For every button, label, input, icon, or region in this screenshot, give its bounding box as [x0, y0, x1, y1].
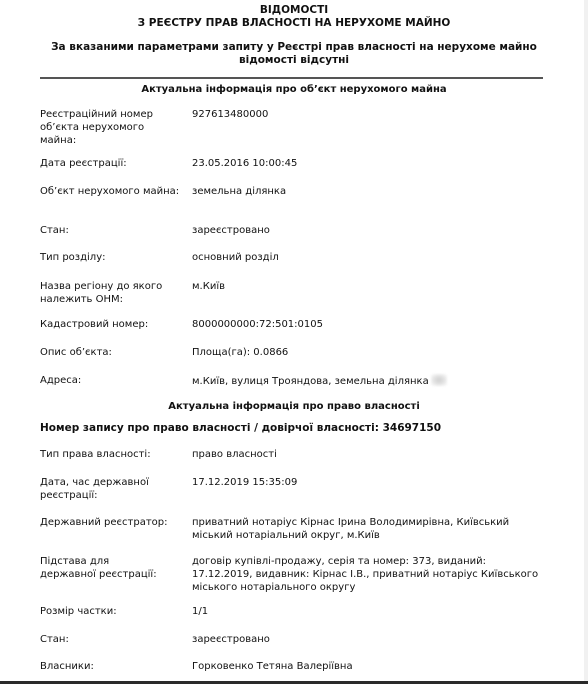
address-text: м.Київ, вулиця Трояндова, земельна ділян…: [192, 376, 429, 387]
row-label: Назва регіону до якого належить ОНМ:: [40, 280, 180, 306]
row-label: Тип розділу:: [40, 251, 180, 264]
row-label: Власники:: [40, 660, 180, 673]
ownership-record-number: Номер запису про право власності / довір…: [40, 422, 441, 435]
row-label: Тип права власності:: [40, 448, 180, 461]
row-value: земельна ділянка: [192, 185, 542, 198]
row-label: Кадастровий номер:: [40, 318, 180, 331]
row-value: приватний нотаріус Кірнас Ірина Володими…: [192, 516, 542, 542]
row-value: право власності: [192, 448, 542, 461]
row-value: зареєстровано: [192, 224, 542, 237]
row-value: м.Київ, вулиця Трояндова, земельна ділян…: [192, 374, 542, 388]
row-value: 8000000000:72:501:0105: [192, 318, 542, 331]
row-label: Опис об’єкта:: [40, 346, 180, 359]
row-label: Адреса:: [40, 374, 180, 387]
row-value: основний розділ: [192, 251, 542, 264]
query-notice-line2: відомості відсутні: [0, 54, 588, 67]
row-value: м.Київ: [192, 280, 542, 293]
ownership-section-heading: Актуальна інформація про право власності: [0, 400, 588, 413]
row-value: Площа(га): 0.0866: [192, 346, 542, 359]
redacted-block: [431, 374, 447, 386]
row-label: Стан:: [40, 633, 180, 646]
document-title: ВІДОМОСТІ: [0, 4, 588, 17]
row-label: Об’єкт нерухомого майна:: [40, 185, 180, 198]
row-value: 927613480000: [192, 108, 542, 121]
row-value: 17.12.2019 15:35:09: [192, 476, 542, 489]
row-value: Горковенко Тетяна Валеріївна: [192, 660, 542, 673]
row-label: Дата реєстрації:: [40, 157, 180, 170]
document-subtitle: З РЕЄСТРУ ПРАВ ВЛАСНОСТІ НА НЕРУХОМЕ МАЙ…: [0, 17, 588, 30]
row-value: зареєстровано: [192, 633, 542, 646]
row-label: Стан:: [40, 224, 180, 237]
row-value: договір купівлі-продажу, серія та номер:…: [192, 555, 542, 594]
row-label: Державний реєстратор:: [40, 516, 180, 529]
page-right-edge: [584, 0, 588, 684]
row-value: 23.05.2016 10:00:45: [192, 157, 542, 170]
divider: [40, 77, 543, 79]
row-label: Розмір частки:: [40, 605, 180, 618]
row-label: Дата, час державної реєстрації:: [40, 476, 180, 502]
row-value: 1/1: [192, 605, 542, 618]
property-section-heading: Актуальна інформація про об’єкт нерухомо…: [0, 83, 588, 96]
row-label: Реєстраційний номер об’єкта нерухомого м…: [40, 108, 180, 147]
row-label: Підстава для державної реєстрації:: [40, 555, 160, 581]
query-notice-line1: За вказаними параметрами запиту у Реєстр…: [0, 41, 588, 54]
